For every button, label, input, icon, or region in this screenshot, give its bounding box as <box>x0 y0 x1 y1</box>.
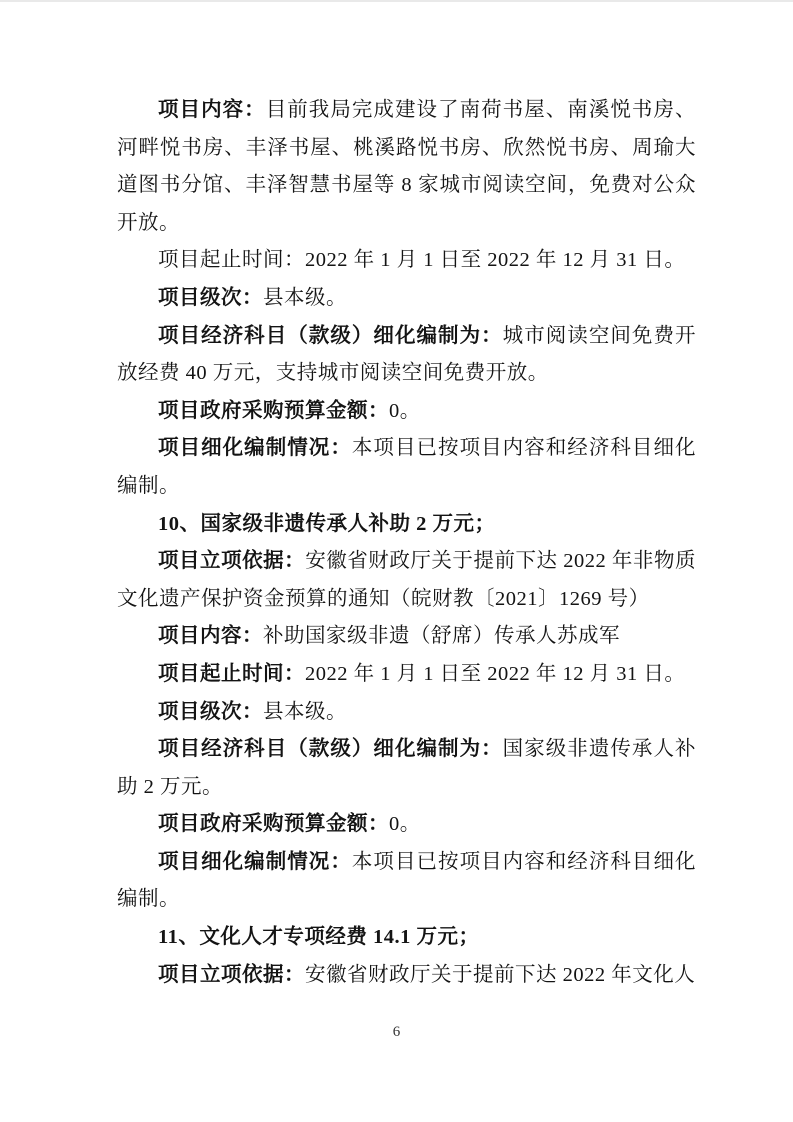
field-label: 项目细化编制情况： <box>158 851 352 873</box>
field-label: 项目立项依据： <box>158 964 305 986</box>
field-label: 项目政府采购预算金额： <box>158 813 389 835</box>
paragraph-project-content: 项目内容：目前我局完成建设了南荷书屋、南溪悦书房、河畔悦书房、丰泽书屋、桃溪路悦… <box>117 92 696 242</box>
paragraph-project-content: 项目内容：补助国家级非遗（舒席）传承人苏成军 <box>117 618 696 656</box>
paragraph-project-basis: 项目立项依据：安徽省财政厅关于提前下达 2022 年非物质文化遗产保护资金预算的… <box>117 543 696 618</box>
paragraph-project-level: 项目级次：县本级。 <box>117 694 696 732</box>
field-label: 项目经济科目（款级）细化编制为： <box>158 738 503 760</box>
paragraph-refinement-status: 项目细化编制情况：本项目已按项目内容和经济科目细化编制。 <box>117 430 696 505</box>
paragraph-project-dates: 项目起止时间：2022 年 1 月 1 日至 2022 年 12 月 31 日。 <box>117 242 696 280</box>
page-top-edge <box>0 0 793 2</box>
paragraph-project-level: 项目级次：县本级。 <box>117 280 696 318</box>
field-text: 项目起止时间：2022 年 1 月 1 日至 2022 年 12 月 31 日。 <box>158 249 685 271</box>
field-label: 项目内容： <box>158 99 266 121</box>
heading-label: 11、文化人才专项经费 14.1 万元； <box>158 926 480 948</box>
field-label: 项目内容： <box>158 625 263 647</box>
field-text: 补助国家级非遗（舒席）传承人苏成军 <box>263 625 620 647</box>
heading-label: 10、国家级非遗传承人补助 2 万元； <box>158 513 496 535</box>
field-label: 项目细化编制情况： <box>158 437 352 459</box>
page-number: 6 <box>0 1022 793 1042</box>
field-label: 项目级次： <box>158 701 263 723</box>
field-label: 项目起止时间： <box>158 663 305 685</box>
field-label: 项目立项依据： <box>158 550 305 572</box>
heading-item-11: 11、文化人才专项经费 14.1 万元； <box>117 919 696 957</box>
paragraph-procurement-budget: 项目政府采购预算金额：0。 <box>117 806 696 844</box>
document-page: 项目内容：目前我局完成建设了南荷书屋、南溪悦书房、河畔悦书房、丰泽书屋、桃溪路悦… <box>0 0 793 1122</box>
document-body: 项目内容：目前我局完成建设了南荷书屋、南溪悦书房、河畔悦书房、丰泽书屋、桃溪路悦… <box>117 92 696 994</box>
paragraph-procurement-budget: 项目政府采购预算金额：0。 <box>117 393 696 431</box>
paragraph-economic-subject: 项目经济科目（款级）细化编制为：城市阅读空间免费开放经费 40 万元，支持城市阅… <box>117 318 696 393</box>
field-text: 县本级。 <box>263 287 347 309</box>
paragraph-economic-subject: 项目经济科目（款级）细化编制为：国家级非遗传承人补助 2 万元。 <box>117 731 696 806</box>
field-text: 2022 年 1 月 1 日至 2022 年 12 月 31 日。 <box>305 663 685 685</box>
field-label: 项目经济科目（款级）细化编制为： <box>158 325 503 347</box>
heading-item-10: 10、国家级非遗传承人补助 2 万元； <box>117 506 696 544</box>
field-label: 项目级次： <box>158 287 263 309</box>
field-label: 项目政府采购预算金额： <box>158 400 389 422</box>
field-text: 安徽省财政厅关于提前下达 2022 年文化人 <box>305 964 695 986</box>
field-text: 0。 <box>389 400 421 422</box>
paragraph-refinement-status: 项目细化编制情况：本项目已按项目内容和经济科目细化编制。 <box>117 844 696 919</box>
field-text: 县本级。 <box>263 701 347 723</box>
paragraph-project-basis: 项目立项依据：安徽省财政厅关于提前下达 2022 年文化人 <box>117 957 696 995</box>
field-text: 0。 <box>389 813 421 835</box>
paragraph-project-dates: 项目起止时间：2022 年 1 月 1 日至 2022 年 12 月 31 日。 <box>117 656 696 694</box>
